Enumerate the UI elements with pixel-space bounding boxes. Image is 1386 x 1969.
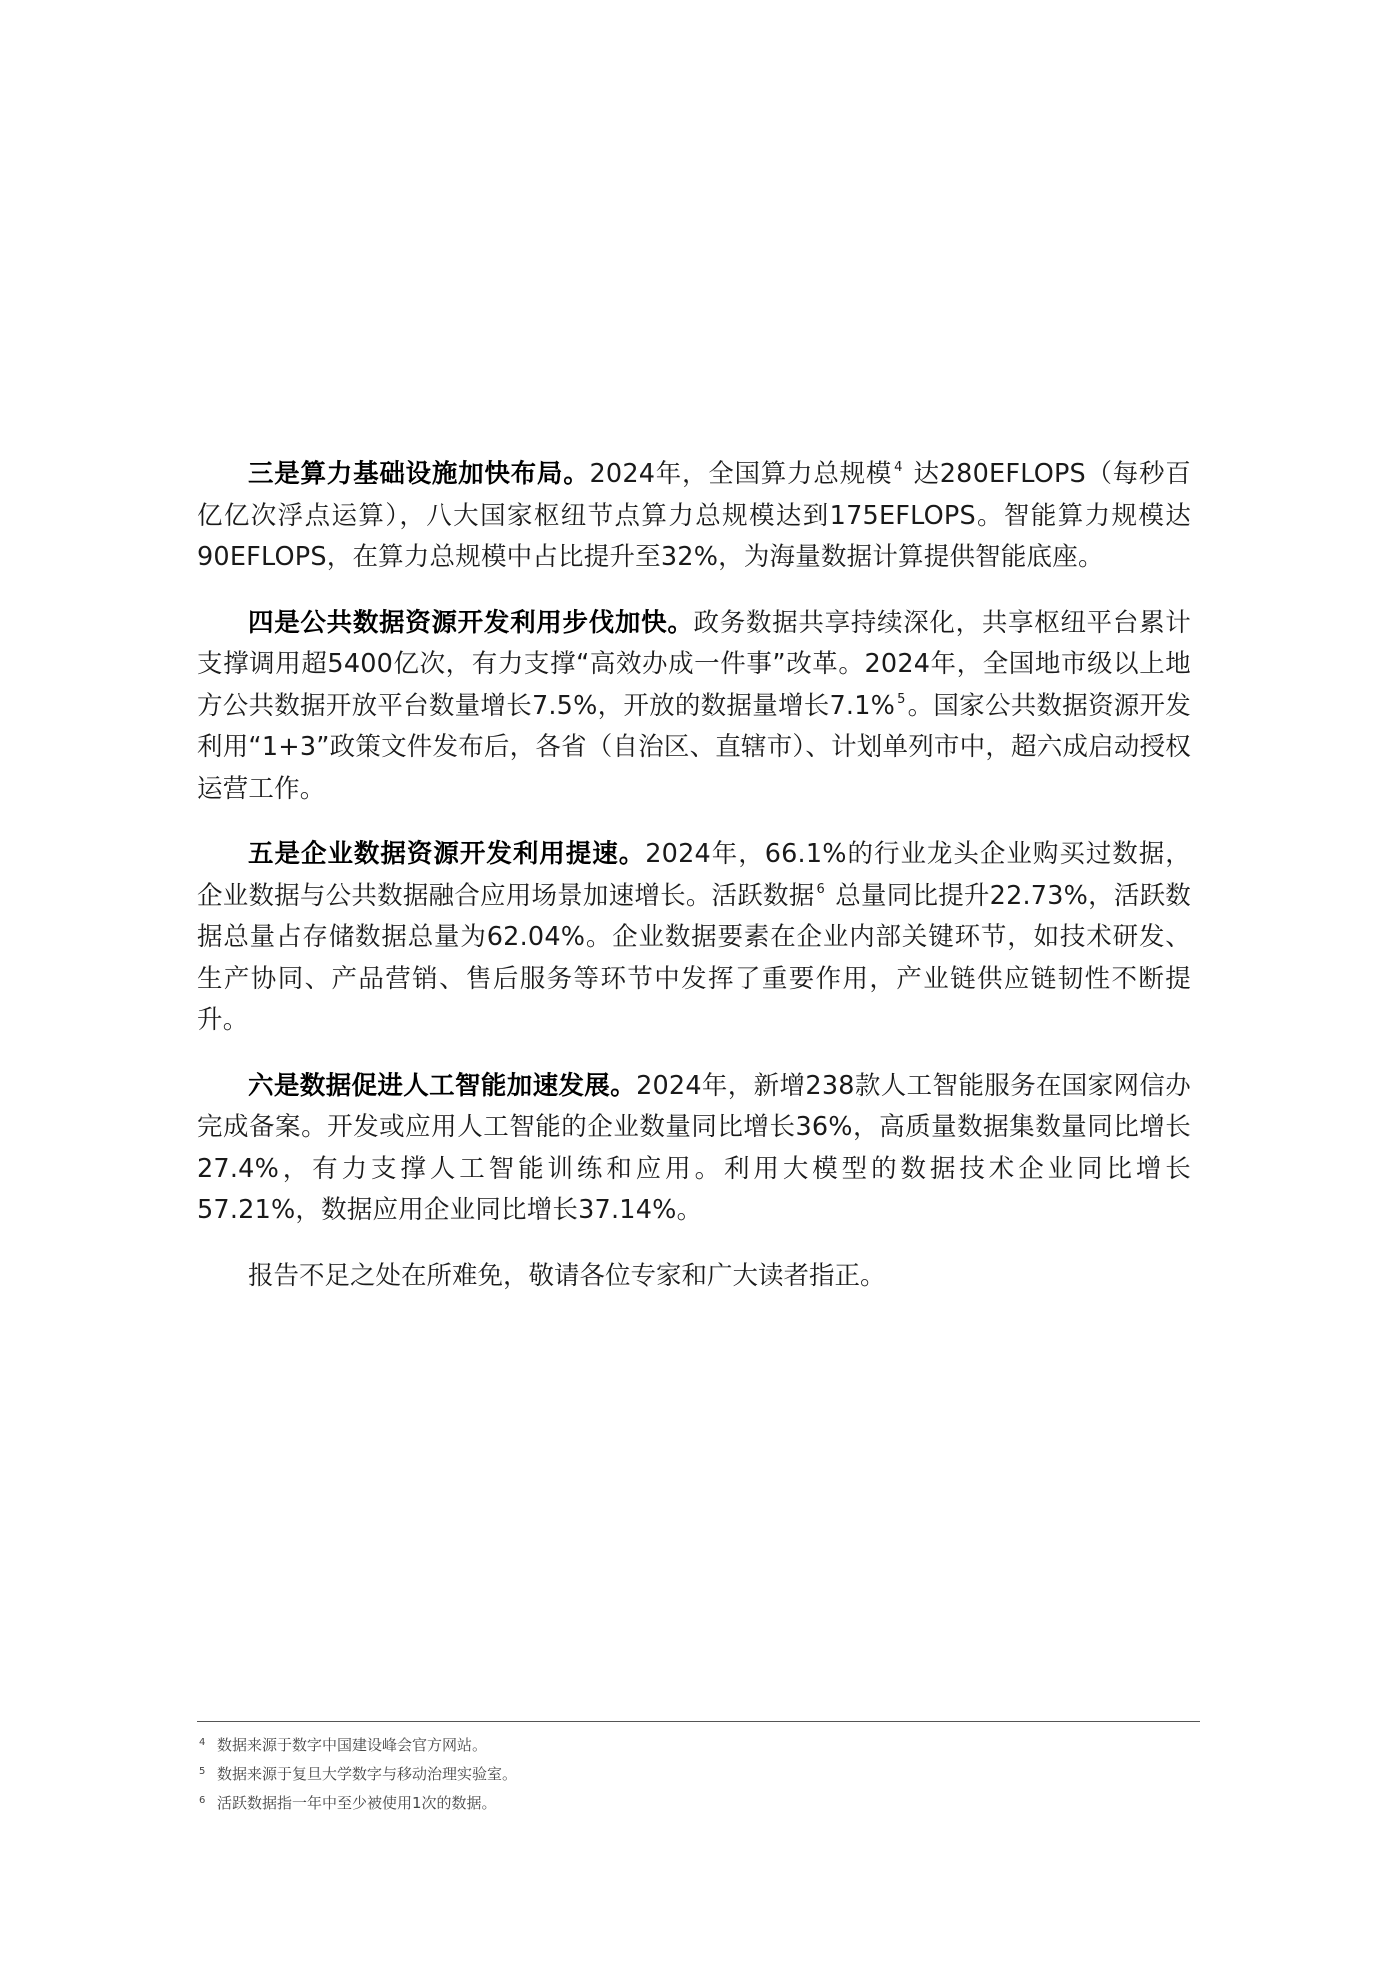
- paragraph-computing-infrastructure: 三是算力基础设施加快布局。2024年，全国算力总规模4 达280EFLOPS（每…: [197, 454, 1191, 579]
- footnote-number: 4: [197, 1730, 217, 1756]
- paragraph-lead: 五是企业数据资源开发利用提速。: [248, 839, 645, 869]
- footnote-text: 数据来源于复旦大学数字与移动治理实验室。: [217, 1761, 517, 1787]
- footnote-6: 6 活跃数据指一年中至少被使用1次的数据。: [197, 1790, 1200, 1819]
- paragraph-lead: 六是数据促进人工智能加速发展。: [248, 1071, 636, 1101]
- footnote-number: 6: [197, 1788, 217, 1814]
- footnote-ref-5[interactable]: 5: [897, 692, 905, 707]
- paragraph-lead: 四是公共数据资源开发利用步伐加快。: [248, 608, 694, 638]
- footnote-number: 5: [197, 1759, 217, 1785]
- paragraph-lead: 三是算力基础设施加快布局。: [248, 459, 589, 489]
- footnote-ref-6[interactable]: 6: [816, 882, 824, 897]
- footnote-5: 5 数据来源于复旦大学数字与移动治理实验室。: [197, 1761, 1200, 1790]
- footnote-text: 活跃数据指一年中至少被使用1次的数据。: [217, 1790, 497, 1816]
- footnote-text: 数据来源于数字中国建设峰会官方网站。: [217, 1732, 487, 1758]
- paragraph-enterprise-data: 五是企业数据资源开发利用提速。2024年，66.1%的行业龙头企业购买过数据，企…: [197, 834, 1191, 1042]
- paragraph-ai-development: 六是数据促进人工智能加速发展。2024年，新增238款人工智能服务在国家网信办完…: [197, 1066, 1191, 1232]
- closing-remark: 报告不足之处在所难免，敬请各位专家和广大读者指正。: [197, 1256, 1191, 1298]
- footnotes-section: 4 数据来源于数字中国建设峰会官方网站。 5 数据来源于复旦大学数字与移动治理实…: [197, 1721, 1200, 1819]
- paragraph-text: 2024年，全国算力总规模: [589, 459, 892, 489]
- footnote-ref-4[interactable]: 4: [894, 460, 902, 475]
- document-body: 三是算力基础设施加快布局。2024年，全国算力总规模4 达280EFLOPS（每…: [197, 454, 1191, 1297]
- footnote-4: 4 数据来源于数字中国建设峰会官方网站。: [197, 1732, 1200, 1761]
- paragraph-public-data: 四是公共数据资源开发利用步伐加快。政务数据共享持续深化，共享枢纽平台累计支撑调用…: [197, 603, 1191, 811]
